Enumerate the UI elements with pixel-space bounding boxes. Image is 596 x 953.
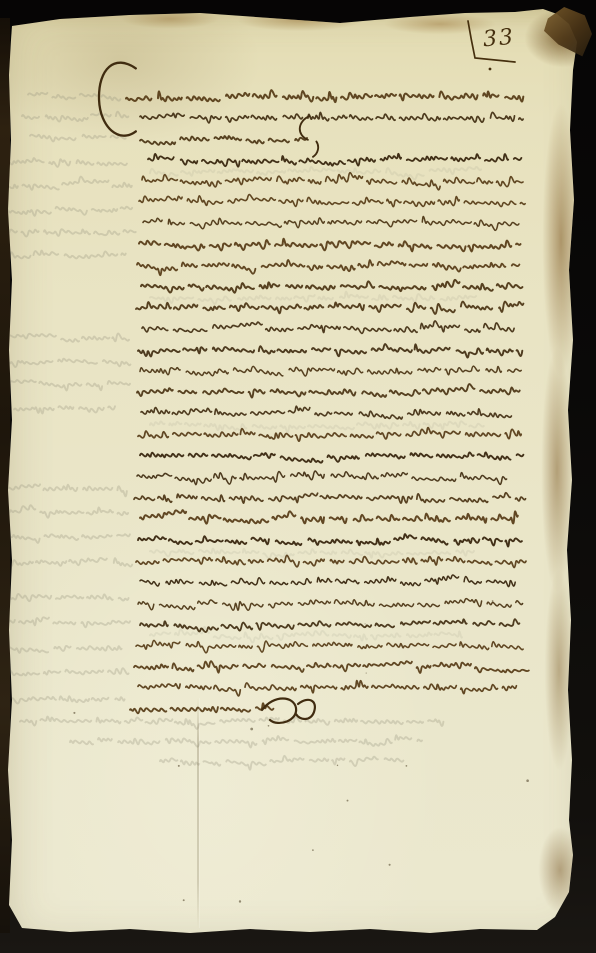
manuscript-page: 33: [0, 0, 596, 953]
handwriting-layer: [0, 0, 596, 953]
manuscript-scan: 33: [0, 0, 596, 953]
book-spine-edge: [0, 18, 10, 933]
fold-crease: [197, 698, 199, 928]
folio-number-text: 33: [482, 27, 516, 52]
folio-number: 33: [455, 18, 545, 78]
